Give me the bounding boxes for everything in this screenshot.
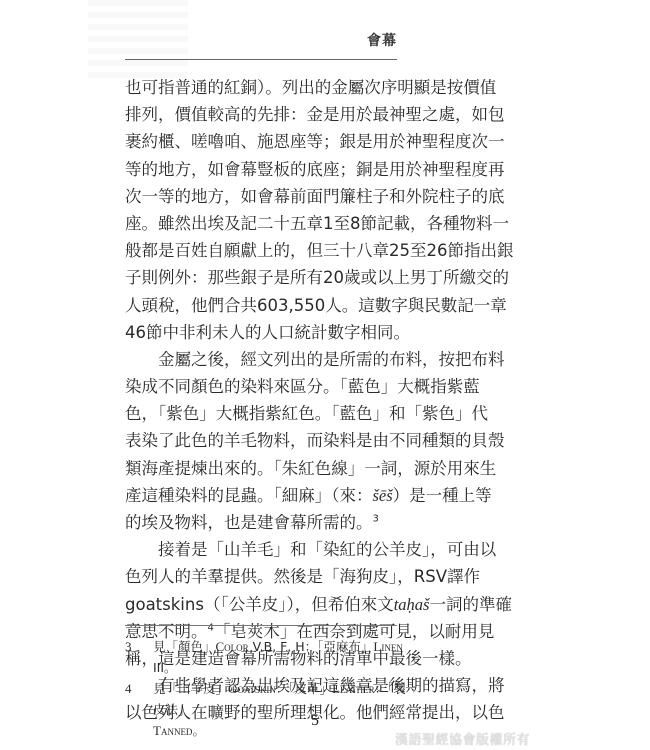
body-text-segment: 的埃及物料，也是建會幕所需的。 xyxy=(125,513,373,532)
body-line: 色，「紫色」大概指紫紅色。「藍色」和「紫色」代 xyxy=(125,400,405,427)
cross-reference[interactable]: Goatskin xyxy=(228,681,276,696)
cross-reference[interactable]: Color xyxy=(216,639,249,654)
body-line: 座。雖然出埃及記二十五章1至8節記載，各種物料一 xyxy=(125,210,405,237)
body-line: goatskins（「公羊皮」），但希伯來文taḥaš一詞的準確 xyxy=(125,591,405,618)
header-rule xyxy=(125,59,397,60)
hebrew-term: šēš xyxy=(373,486,393,505)
page-number: 5 xyxy=(311,712,319,730)
body-line: 接着是「山羊毛」和「染紅的公羊皮」，可由以 xyxy=(125,536,405,563)
footnote-number: 4 xyxy=(125,678,153,741)
body-line: 的埃及物料，也是建會幕所需的。3 xyxy=(125,509,405,536)
footnote-number: 3 xyxy=(125,636,153,678)
body-line: 產這種染料的昆蟲。「細麻」（來：šēš）是一種上等 xyxy=(125,482,405,509)
body-line: 裹約櫃、嗟嚕咱、施恩座等；銀是用於神聖程度次一 xyxy=(125,128,405,155)
body-line: 色列人的羊羣提供。然後是「海狗皮」，RSV譯作 xyxy=(125,563,405,590)
body-text-segment: goatskins（「公羊皮」），但希伯來文 xyxy=(125,595,394,614)
cross-reference[interactable]: Tanned xyxy=(153,723,192,738)
body-text-segment: ）是一種上等 xyxy=(393,486,492,505)
hebrew-term: taḥaš xyxy=(394,595,430,614)
running-head: 會幕 xyxy=(125,30,397,50)
body-line: 般都是百姓自願獻上的，但三十八章25至26節指出銀 xyxy=(125,237,405,264)
footnote-segment: 見「山羊皮」 xyxy=(153,681,228,696)
body-line: 類海產提煉出來的。「朱紅色線」一詞，源於用來生 xyxy=(125,455,405,482)
footnote-ref[interactable]: 3 xyxy=(373,514,379,525)
body-line: 46節中非利未人的人口統計數字相同。 xyxy=(125,319,405,346)
footnote-4: 4 見「山羊皮」Goatskin：「皮革」Leather：「製皮法」Tanned… xyxy=(125,678,415,741)
body-text: 也可指普通的紅銅）。列出的金屬次序明顯是按價值 排列，價值較高的先排：金是用於最… xyxy=(125,74,405,727)
cross-reference[interactable]: Leather xyxy=(332,681,374,696)
copyright-watermark: 漢語聖經協會版權所有 xyxy=(395,729,530,748)
body-line: 也可指普通的紅銅）。列出的金屬次序明顯是按價值 xyxy=(125,74,405,101)
body-text-segment: 一詞的準確 xyxy=(429,595,512,614)
footnote-segment: V.B, F, H：「亞麻布」 xyxy=(249,639,374,654)
footnote-rule xyxy=(125,625,397,626)
cross-reference[interactable]: Linen xyxy=(373,639,402,654)
footnotes: 3 見「顏色」Color V.B, F, H：「亞麻布」Linen III。 4… xyxy=(125,636,415,741)
body-line: 人頭稅，他們合共603,550人。這數字與民數記一章 xyxy=(125,292,405,319)
body-text-segment: 產這種染料的昆蟲。「細麻」（來： xyxy=(125,486,373,505)
footnote-segment: III。 xyxy=(153,660,177,675)
body-line: 子則例外：那些銀子是所有20歲或以上男丁所繳交的 xyxy=(125,264,405,291)
body-line: 表染了此色的羊毛物料，而染料是由不同種類的貝殼 xyxy=(125,427,405,454)
body-line: 次一等的地方，如會幕前面門簾柱子和外院柱子的底 xyxy=(125,183,405,210)
footnote-segment: 見「顏色」 xyxy=(153,639,216,654)
body-line: 等的地方，如會幕豎板的底座；銅是用於神聖程度再 xyxy=(125,156,405,183)
footnote-segment: ：「皮革」 xyxy=(276,681,332,696)
body-line: 金屬之後，經文列出的是所需的布料，按把布料 xyxy=(125,346,405,373)
footnote-segment: 。 xyxy=(192,723,205,738)
body-line: 染成不同顏色的染料來區分。「藍色」大概指紫藍 xyxy=(125,373,405,400)
footnote-text: 見「山羊皮」Goatskin：「皮革」Leather：「製皮法」Tanned。 xyxy=(153,678,415,741)
footnote-text: 見「顏色」Color V.B, F, H：「亞麻布」Linen III。 xyxy=(153,636,415,678)
body-line: 排列，價值較高的先排：金是用於最神聖之處，如包 xyxy=(125,101,405,128)
footnote-3: 3 見「顏色」Color V.B, F, H：「亞麻布」Linen III。 xyxy=(125,636,415,678)
